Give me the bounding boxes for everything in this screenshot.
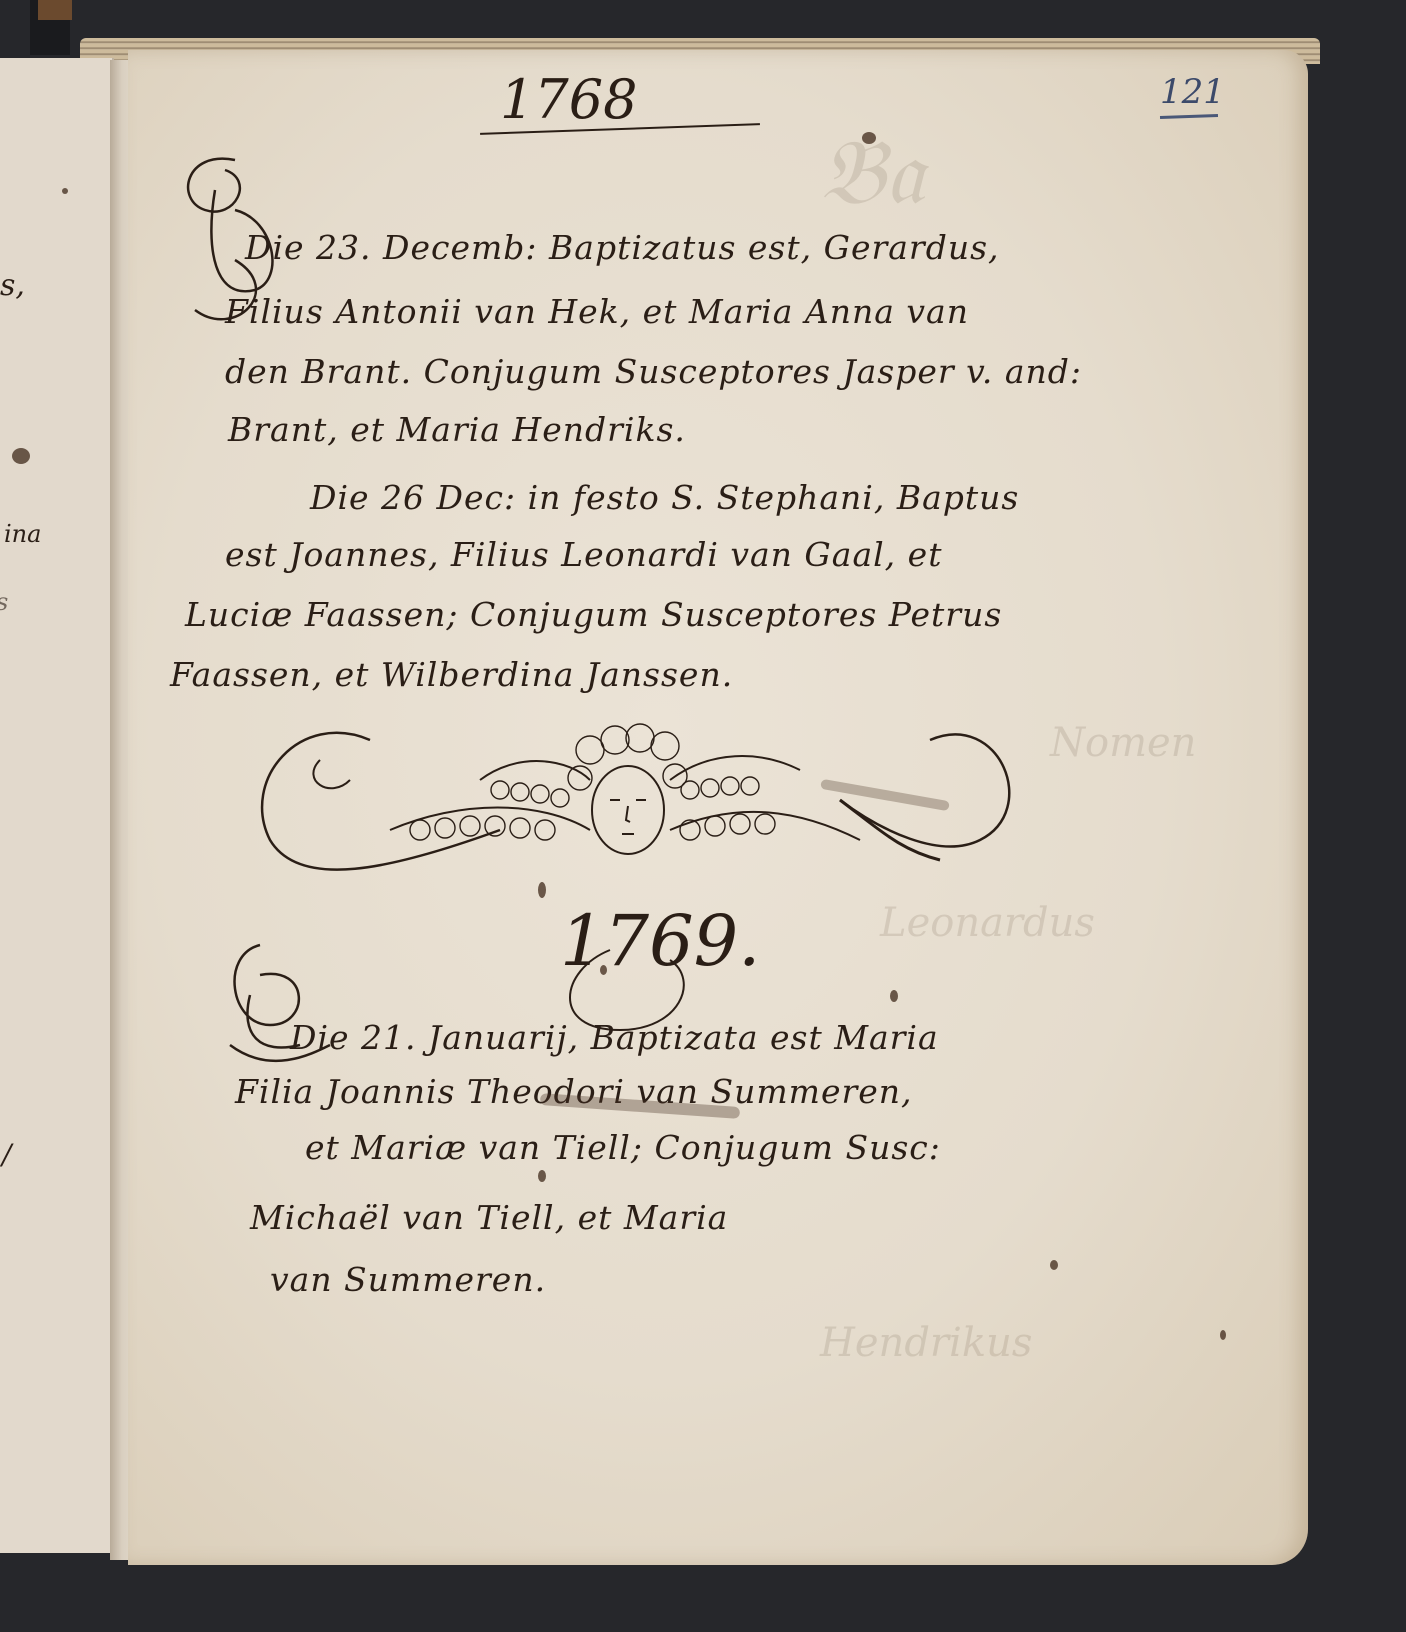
entry-2-line-2: est Joannes, Filius Leonardi van Gaal, e… xyxy=(225,535,942,574)
entry-3-line-5: van Summeren. xyxy=(270,1260,546,1299)
entry-3-line-1: Die 21. Januarij, Baptizata est Maria xyxy=(290,1018,939,1057)
bleed-through-text: Nomen xyxy=(1050,720,1196,766)
year-heading: 1768 xyxy=(500,68,637,131)
entry-2-line-4: Faassen, et Wilberdina Janssen. xyxy=(170,655,733,694)
bleed-through-text: Leonardus xyxy=(880,900,1095,946)
entry-2-line-3: Luciæ Faassen; Conjugum Susceptores Petr… xyxy=(185,595,1002,634)
entry-3-line-3: et Mariæ van Tiell; Conjugum Susc: xyxy=(305,1128,941,1167)
ink-blot xyxy=(538,1170,546,1182)
ink-spots xyxy=(62,188,68,194)
ink-blot xyxy=(600,965,607,975)
entry-2-line-1: Die 26 Dec: in festo S. Stephani, Baptus xyxy=(310,478,1019,517)
bleed-through-text: Hendrikus xyxy=(820,1320,1032,1366)
ink-blot xyxy=(538,882,546,898)
ink-blot xyxy=(890,990,898,1002)
entry-1-line-1: Die 23. Decemb: Baptizatus est, Gerardus… xyxy=(245,228,1000,267)
left-fragment: ina xyxy=(4,520,41,548)
entry-1-line-2: Filius Antonii van Hek, et Maria Anna va… xyxy=(225,292,969,331)
entry-1-line-3: den Brant. Conjugum Susceptores Jasper v… xyxy=(225,352,1082,391)
ink-blot xyxy=(862,132,876,144)
ink-blot xyxy=(1050,1260,1058,1270)
ink-blot xyxy=(1220,1330,1226,1340)
entry-1-line-4: Brant, et Maria Hendriks. xyxy=(228,410,686,449)
entry-3-line-4: Michaël van Tiell, et Maria xyxy=(250,1198,728,1237)
folio-number: 121 xyxy=(1160,72,1225,112)
left-fragment: / xyxy=(2,1138,11,1171)
cherub-decoration xyxy=(240,720,1060,900)
left-page: s, ina s / xyxy=(0,58,114,1553)
left-fragment: s, xyxy=(0,268,25,303)
left-fragment: s xyxy=(0,588,8,616)
book-binding xyxy=(38,0,72,20)
ink-blot xyxy=(12,448,30,464)
